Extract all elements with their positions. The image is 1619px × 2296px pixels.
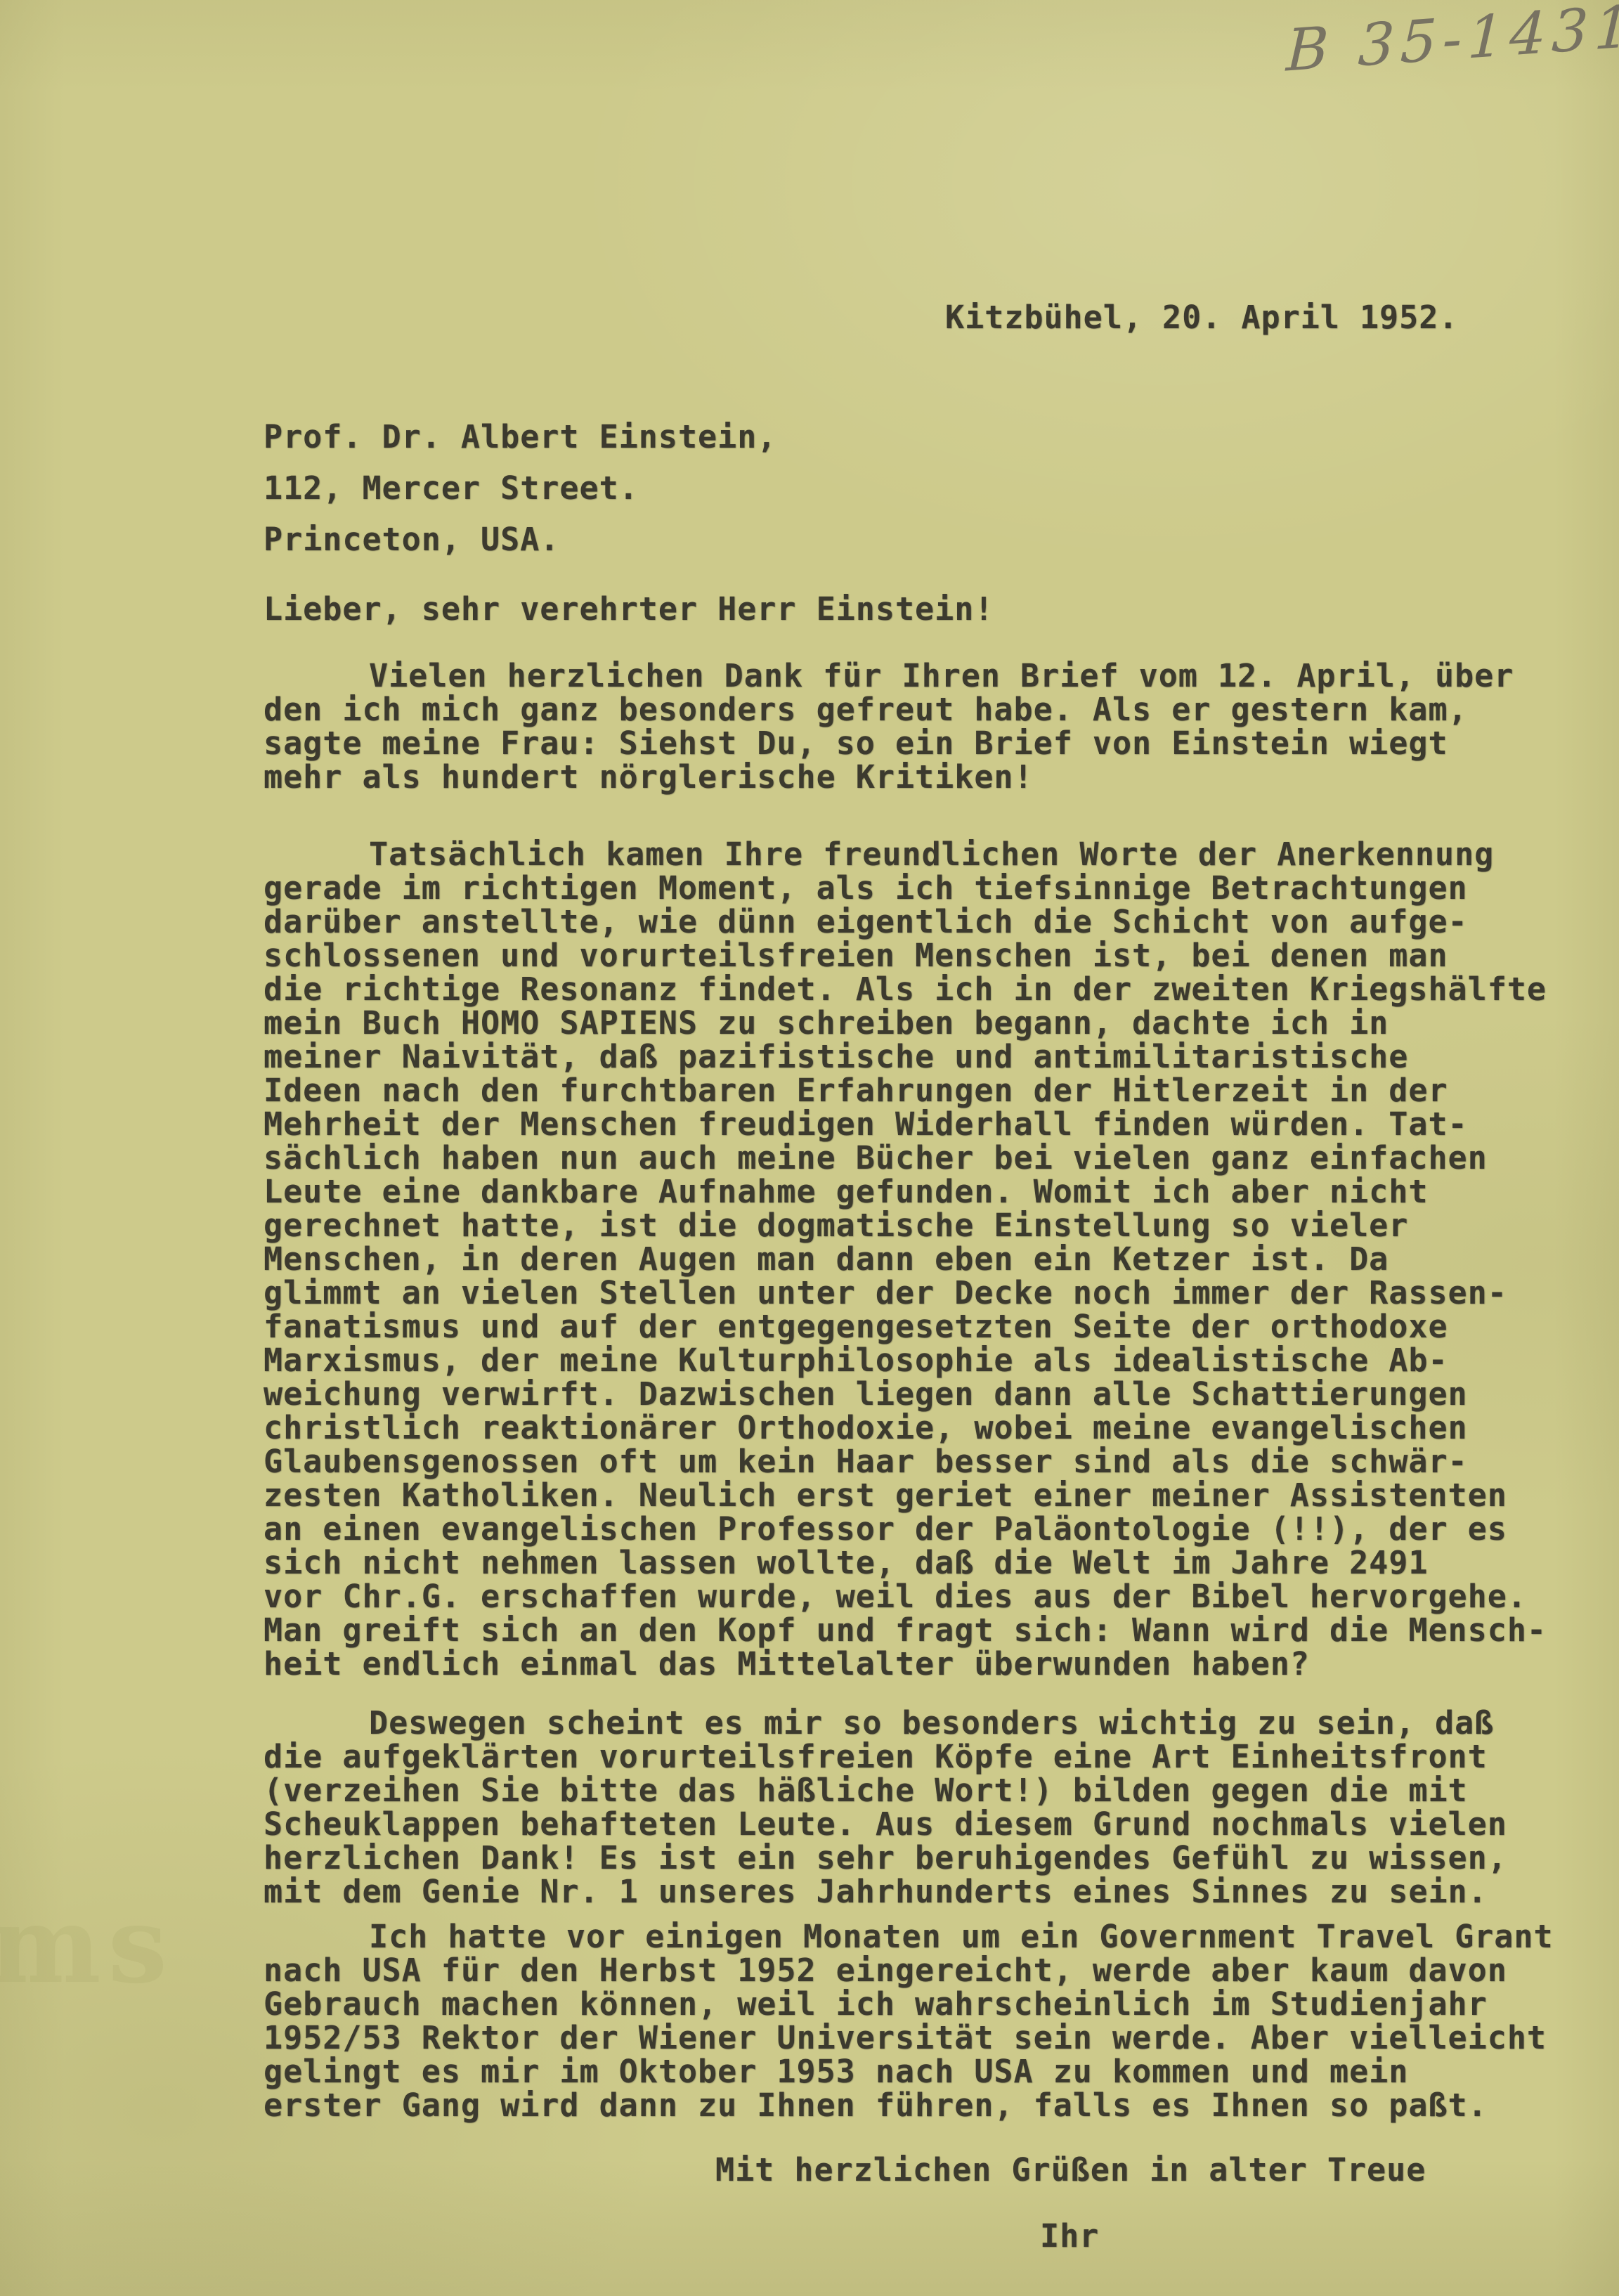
salutation: Lieber, sehr verehrter Herr Einstein! (264, 592, 994, 626)
paragraph-thanks-for-letter: Vielen herzlichen Dank für Ihren Brief v… (264, 659, 1556, 794)
closing-line: Mit herzlichen Grüßen in alter Treue (715, 2153, 1426, 2187)
paper-watermark: ms (0, 1883, 174, 2007)
signature-ihr: Ihr (1040, 2219, 1099, 2253)
archive-number-handwritten: B 35-1431 (1285, 0, 1619, 85)
recipient-address: Prof. Dr. Albert Einstein, 112, Mercer S… (264, 411, 776, 565)
dateline: Kitzbühel, 20. April 1952. (945, 301, 1458, 335)
letter-page: ms B 35-1431 Kitzbühel, 20. April 1952. … (0, 0, 1619, 2296)
paragraph-homo-sapiens-reception: Tatsächlich kamen Ihre freundlichen Wort… (264, 838, 1556, 1681)
paragraph-travel-grant: Ich hatte vor einigen Monaten um ein Gov… (264, 1920, 1556, 2122)
paragraph-einheitsfront: Deswegen scheint es mir so besonders wic… (264, 1706, 1556, 1909)
